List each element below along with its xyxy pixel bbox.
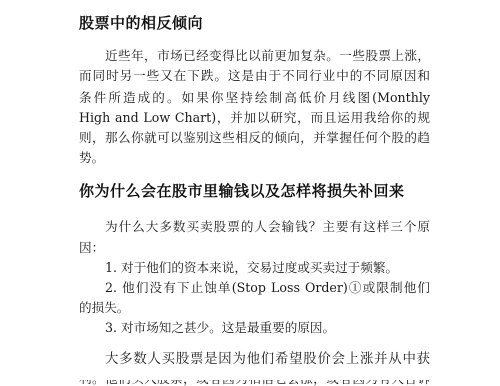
paragraph-line: 势。	[79, 150, 430, 166]
paragraph-line: High and Low Chart)，并加以研究，而且运用我给你的规	[79, 110, 430, 126]
section-heading-contrary-trends: 股票中的相反倾向	[79, 12, 203, 33]
paragraph-line: 因：	[79, 240, 430, 256]
paragraph-line: 利。他们买入股票，或者因为相信它会涨，或者因为有人告诉	[79, 380, 430, 386]
reason-item-2-cont: 的损失。	[79, 300, 430, 316]
cutoff-line-container: 利。他们买入股票，或者因为相信它会涨，或者因为有人告诉	[79, 380, 430, 386]
document-page: 股票中的相反倾向 近些年，市场已经变得比以前更加复杂。一些股票上涨， 而同时另一…	[0, 0, 500, 386]
paragraph-line: 大多数人买股票是因为他们希望股价会上涨并从中获	[105, 352, 430, 368]
paragraph-line: 条件所造成的。如果你坚持绘制高低价月线图(Monthly	[79, 90, 430, 106]
paragraph-line: 为什么大多数买卖股票的人会输钱？主要有这样三个原	[105, 219, 430, 235]
reason-item-2: 2. 他们没有下止蚀单(Stop Loss Order)①或限制他们	[105, 280, 430, 296]
paragraph-line: 而同时另一些又在下跌。这是由于不同行业中的不同原因和	[79, 68, 430, 84]
reason-item-1: 1. 对于他们的资本来说，交易过度或买卖过于频繁。	[105, 260, 456, 276]
section-heading-why-lose-money: 你为什么会在股市里输钱以及怎样将损失补回来	[79, 180, 405, 201]
paragraph-line: 近些年，市场已经变得比以前更加复杂。一些股票上涨，	[105, 48, 430, 64]
paragraph-line: 则，那么你就可以鉴别这些相反的倾向，并掌握任何个股的趋	[79, 130, 430, 146]
reason-item-3: 3. 对市场知之甚少。这是最重要的原因。	[105, 320, 456, 336]
